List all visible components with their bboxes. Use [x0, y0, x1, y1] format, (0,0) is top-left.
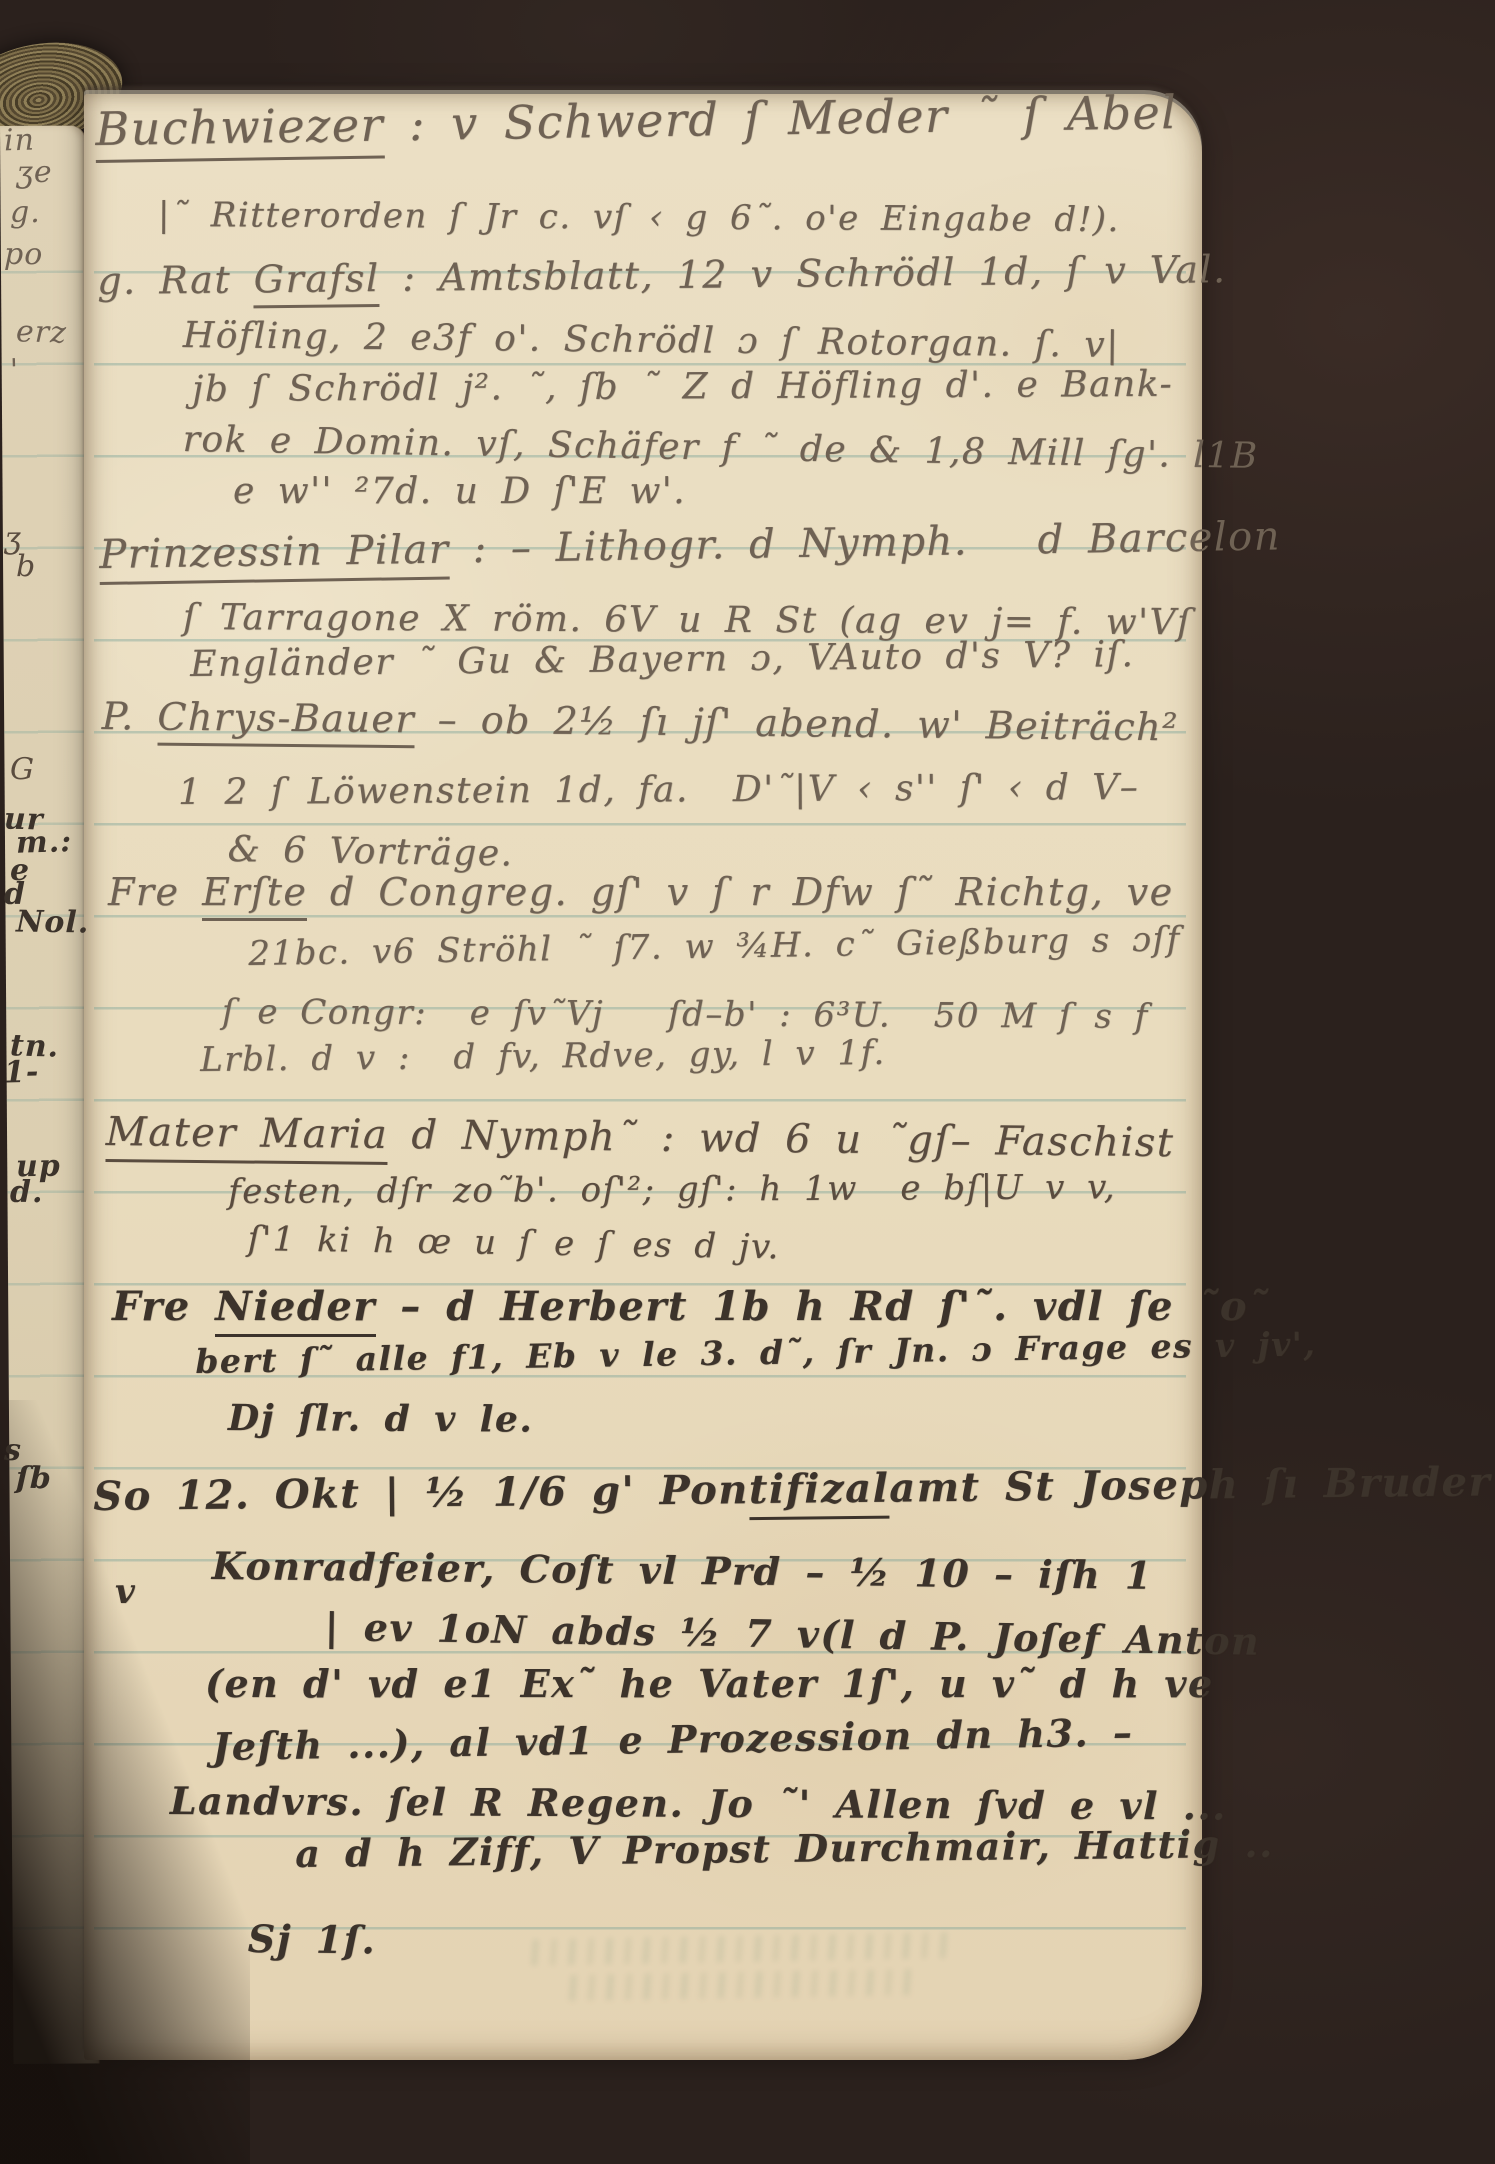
margin-fragment: erz: [16, 317, 68, 348]
underlined-heading: Mater Maria: [105, 1109, 388, 1165]
handwriting-line: e w'' ²7d. u D ſ'E w'.: [233, 474, 686, 510]
margin-fragment: ʒe: [16, 158, 53, 189]
handwriting-line: Höfling, 2 e3f o'. Schrödl ɔ ſ Rotorgan.…: [183, 318, 1120, 364]
underlined-heading: Buchwiezer: [95, 97, 385, 163]
underlined-heading: Nieder: [215, 1283, 376, 1337]
ghost-show-through: [558, 1969, 913, 2001]
margin-fragment: G: [10, 755, 35, 785]
handwriting-line: (en d' vd e1 Ex˜ he Vater 1ſ', u v˜ d h …: [205, 1665, 1214, 1703]
margin-fragment: b: [16, 552, 36, 582]
underlined-heading: Chrys-Bauer: [157, 695, 415, 749]
bottom-left-shadow: [0, 1400, 250, 2164]
handwriting-line: jb ſ Schrödl j². ˜, ſb ˜ Z d Höfling d'.…: [192, 367, 1173, 408]
handwriting-line: ſ e Congr: e ſv˜Vj ſd–b' : 6³U. 50 M ſ s…: [222, 995, 1149, 1034]
notebook-photo: inʒeg.poerz'ʒbGurm.:edNol.tn.1-upd.sſb B…: [0, 0, 1495, 2164]
margin-fragment: 1-: [4, 1058, 40, 1089]
handwriting-line: Konradfeier, Coſt vl Prd – ½ 10 – iſh 1: [212, 1547, 1153, 1595]
margin-fragment: po: [4, 240, 44, 271]
margin-fragment: Nol.: [16, 907, 90, 938]
handwriting-line: g. Rat Grafsl : Amtsblatt, 12 v Schrödl …: [97, 250, 1227, 300]
handwriting-line: So 12. Okt | ½ 1/6 g' Pontifizalamt St J…: [93, 1462, 1491, 1517]
underlined-heading: Grafsl: [253, 256, 379, 308]
margin-fragment: g.: [10, 198, 41, 228]
margin-fragment: in: [4, 126, 36, 157]
handwriting-line: Lrbl. d v : d fv, Rdve, gy, l v 1f.: [200, 1036, 886, 1077]
handwriting-line: & 6 Vorträge.: [227, 832, 513, 872]
underlined-heading: tifizal: [749, 1465, 890, 1520]
handwriting-line: Engländer ˜ Gu & Bayern ɔ, VAuto d's V? …: [190, 637, 1134, 683]
handwriting-line: Mater Maria d Nymph˜ : wd 6 u ˜gſ– Fasch…: [106, 1112, 1175, 1163]
underlined-heading: Erſte: [202, 870, 307, 921]
handwriting-line: a d h Ziff, V Propst Durchmair, Hattig .…: [295, 1825, 1274, 1873]
margin-fragment: d.: [10, 1178, 43, 1208]
handwriting-line: ſ'1 ki h œ u ſ e ſ es d jv.: [247, 1222, 780, 1264]
handwriting-line: Sj 1ſ.: [248, 1920, 377, 1959]
handwriting-line: |˜ Ritterorden ſ Jr c. vſ ‹ g 6˜. o'e Ei…: [158, 198, 1120, 237]
handwriting-line: Fre Erſte d Congreg. gſ' v ſ r Dfw ſ˜ Ri…: [108, 873, 1174, 911]
margin-fragment: ': [10, 356, 20, 386]
handwriting-line: P. Chrys-Bauer – ob 2½ ſı jſ' abend. w' …: [102, 697, 1179, 746]
handwriting-line: Landvrs. ſel R Regen. Jo ˜' Allen ſvd e …: [170, 1782, 1227, 1826]
underlined-heading: Prinzessin Pilar: [99, 527, 450, 585]
ghost-show-through: [520, 1932, 950, 1966]
handwriting-line: Dj ſlr. d v le.: [228, 1400, 534, 1438]
handwriting-line: 1 2 ſ Löwenstein 1d, fa. D'˜|V ‹ s'' ſ' …: [178, 770, 1139, 811]
handwriting-line: festen, dſr zo˜b'. oſ'²; gſ': h 1w e bſ|…: [228, 1170, 1116, 1209]
handwriting-line: Fre Nieder – d Herbert 1b h Rd ſ'˜. vdl …: [112, 1287, 1270, 1327]
